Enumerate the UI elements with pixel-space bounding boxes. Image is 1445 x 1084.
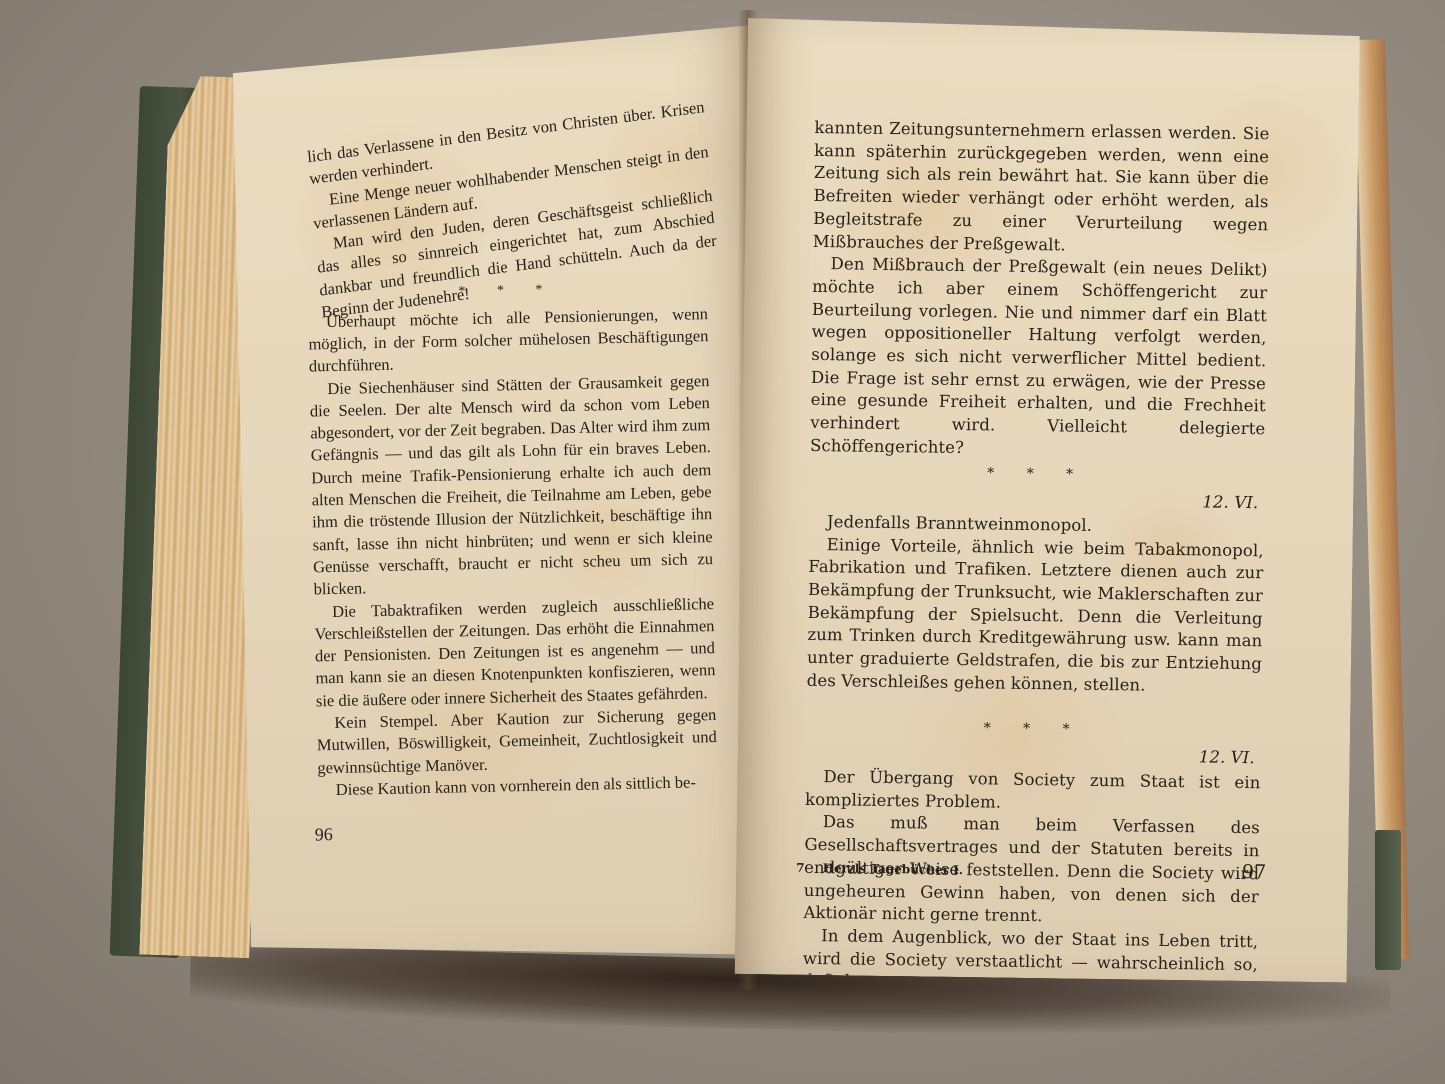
page-number-right: 97: [1242, 861, 1266, 883]
section-separator: * * *: [810, 459, 1265, 488]
printer-signature: 7 Herzls Tagebücher I.: [796, 861, 963, 877]
photo-scene: lich das Verlassene in den Besitz von Ch…: [0, 0, 1445, 1084]
book-cover-right-corner: [1375, 830, 1401, 970]
signature-mark: 7: [796, 861, 805, 875]
section-separator: * * *: [806, 714, 1261, 743]
paragraph: Der Übergang von Society zum Staat ist e…: [805, 766, 1261, 818]
paragraph: Die Siechenhäuser sind Stätten der Graus…: [309, 370, 714, 601]
page-block-right-edge: [1355, 39, 1409, 959]
paragraph: Kein Stempel. Aber Kaution zur Sicherung…: [316, 704, 717, 779]
diary-date: 12. VI.: [806, 741, 1255, 770]
left-page: lich das Verlassene in den Besitz von Ch…: [232, 25, 771, 966]
paragraph: kannten Zeitungsunternehmern erlassen we…: [813, 117, 1270, 260]
paragraph: Den Mißbrauch der Preßgewalt (ein neues …: [810, 253, 1268, 464]
left-page-text: lich das Verlassene in den Besitz von Ch…: [303, 96, 718, 801]
right-page: kannten Zeitungsunternehmern erlassen we…: [735, 18, 1360, 982]
diary-date: 12. VI.: [809, 486, 1258, 515]
page-number-left: 96: [315, 824, 333, 845]
paragraph: Einige Vorteile, ähnlich wie beim Tabakm…: [807, 534, 1264, 699]
signature-title: Herzls Tagebücher I.: [823, 861, 963, 877]
paragraph: Die Tabaktrafiken werden zugleich aussch…: [314, 593, 716, 713]
